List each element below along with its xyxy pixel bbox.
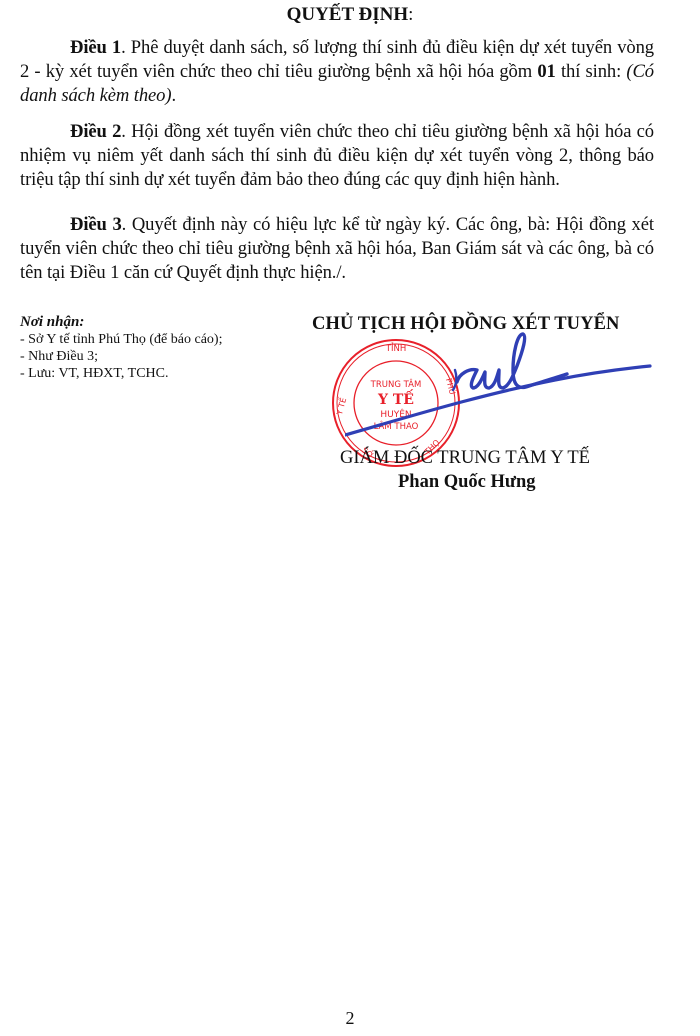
- article-1: Điều 1. Phê duyệt danh sách, số lượng th…: [20, 36, 654, 108]
- article-1-end: .: [171, 85, 176, 106]
- article-2-label: Điều 2: [70, 121, 121, 142]
- recipient-item: - Như Điều 3;: [20, 348, 222, 365]
- decision-title: QUYẾT ĐỊNH:: [0, 4, 700, 26]
- handwritten-signature-icon: [345, 330, 655, 440]
- article-1-text-cont: thí sinh:: [556, 61, 627, 82]
- article-2: Điều 2. Hội đồng xét tuyển viên chức the…: [20, 120, 654, 192]
- candidate-count: 01: [537, 61, 555, 82]
- title-colon: :: [408, 4, 413, 25]
- signer-name: Phan Quốc Hưng: [398, 472, 536, 493]
- recipient-item: - Lưu: VT, HĐXT, TCHC.: [20, 365, 222, 382]
- recipients-block: Nơi nhận: - Sở Y tế tỉnh Phú Thọ (để báo…: [20, 314, 222, 382]
- article-3: Điều 3. Quyết định này có hiệu lực kể từ…: [20, 213, 654, 285]
- article-3-label: Điều 3: [70, 214, 122, 235]
- signer-position: GIÁM ĐỐC TRUNG TÂM Y TẾ: [340, 448, 590, 469]
- title-text: QUYẾT ĐỊNH: [287, 4, 409, 25]
- recipients-heading: Nơi nhận:: [20, 314, 222, 331]
- recipient-item: - Sở Y tế tỉnh Phú Thọ (để báo cáo);: [20, 331, 222, 348]
- article-1-label: Điều 1: [70, 37, 121, 58]
- page-number: 2: [0, 1008, 700, 1029]
